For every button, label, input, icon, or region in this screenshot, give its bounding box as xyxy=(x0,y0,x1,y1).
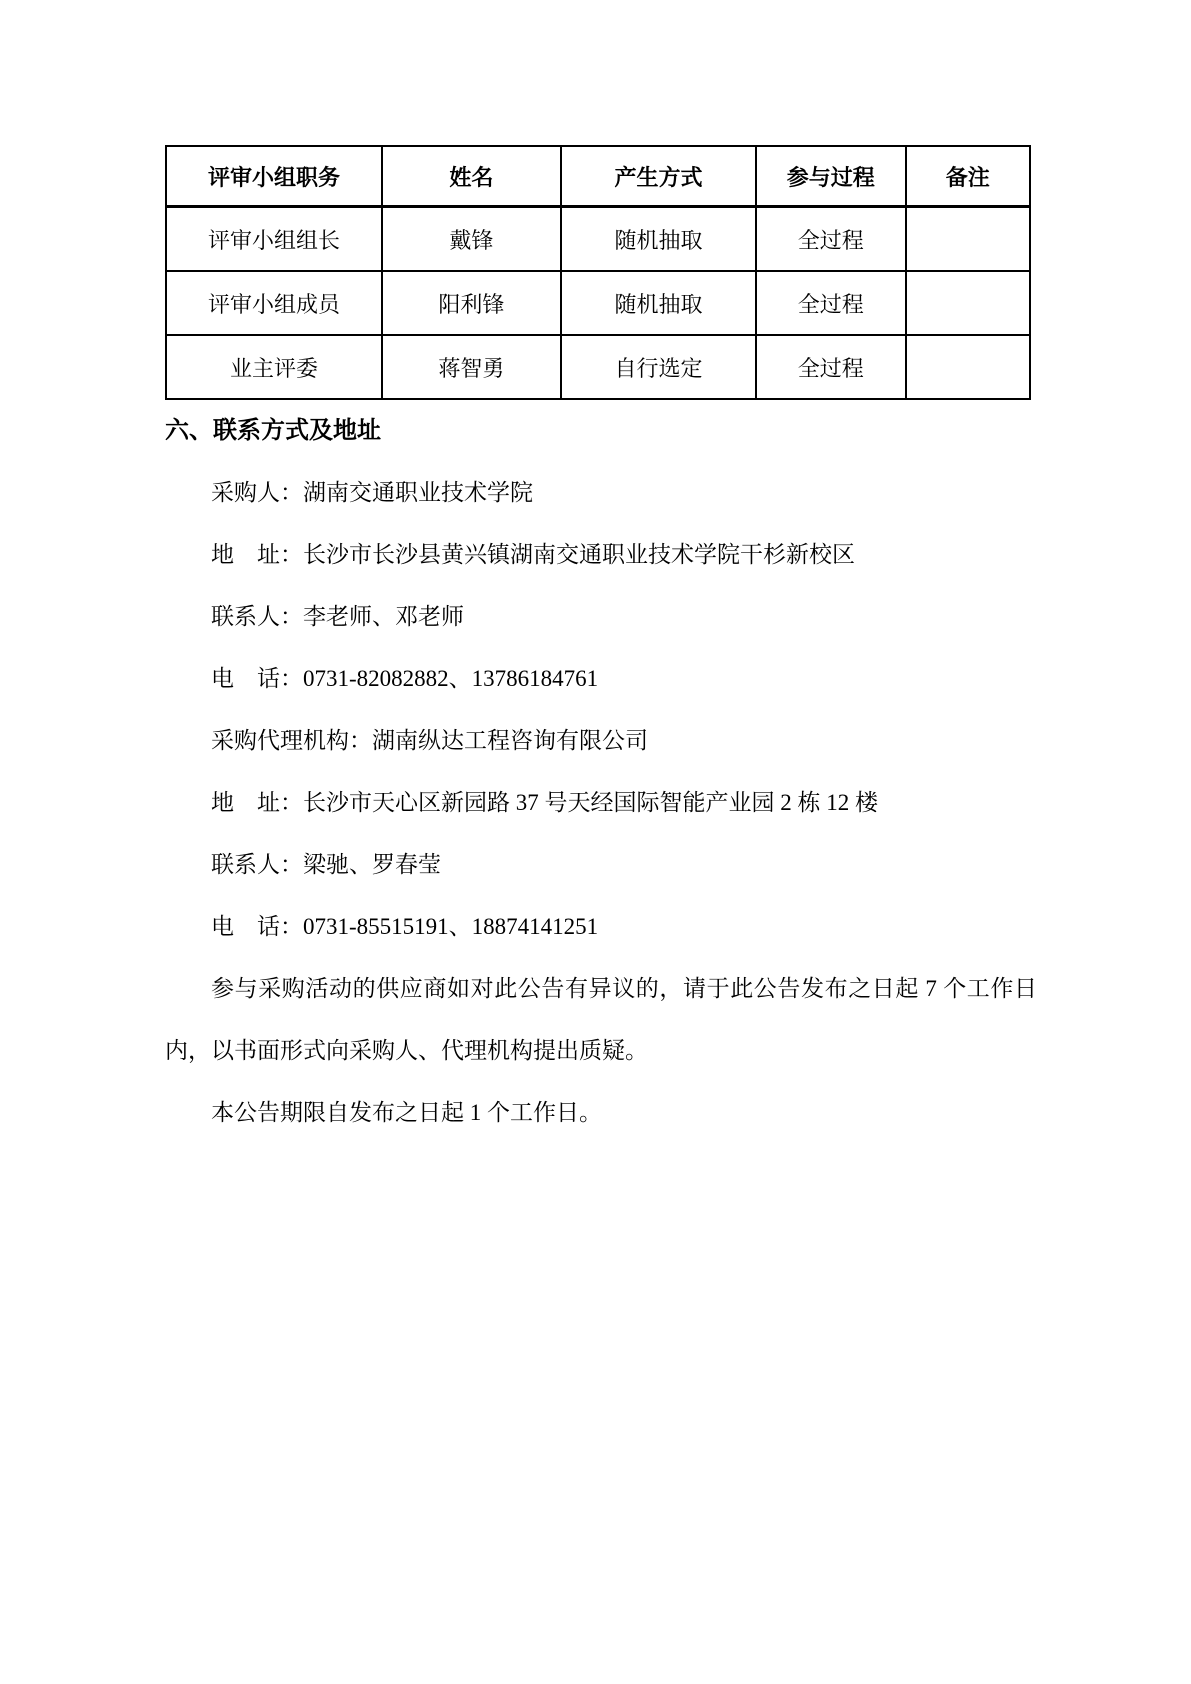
cell-role: 评审小组成员 xyxy=(166,271,382,335)
notice-period-paragraph: 本公告期限自发布之日起 1 个工作日。 xyxy=(165,1082,1037,1144)
review-panel-table: 评审小组职务 姓名 产生方式 参与过程 备注 评审小组组长 戴锋 随机抽取 全过… xyxy=(165,145,1031,400)
header-cell-scope: 参与过程 xyxy=(756,146,905,207)
cell-name: 阳利锋 xyxy=(382,271,561,335)
purchaser-phone-line: 电 话：0731-82082882、13786184761 xyxy=(165,648,1037,710)
cell-note xyxy=(906,207,1030,272)
cell-note xyxy=(906,335,1030,399)
document-page: 评审小组职务 姓名 产生方式 参与过程 备注 评审小组组长 戴锋 随机抽取 全过… xyxy=(0,0,1191,1684)
cell-role: 业主评委 xyxy=(166,335,382,399)
cell-scope: 全过程 xyxy=(756,207,905,272)
purchaser-contact-line: 联系人：李老师、邓老师 xyxy=(165,586,1037,648)
cell-name: 蒋智勇 xyxy=(382,335,561,399)
table-row: 评审小组成员 阳利锋 随机抽取 全过程 xyxy=(166,271,1030,335)
cell-scope: 全过程 xyxy=(756,271,905,335)
cell-method: 随机抽取 xyxy=(561,207,756,272)
cell-role: 评审小组组长 xyxy=(166,207,382,272)
table-row: 评审小组组长 戴锋 随机抽取 全过程 xyxy=(166,207,1030,272)
purchaser-line: 采购人：湖南交通职业技术学院 xyxy=(165,462,1037,524)
table-header-row: 评审小组职务 姓名 产生方式 参与过程 备注 xyxy=(166,146,1030,207)
cell-name: 戴锋 xyxy=(382,207,561,272)
agency-line: 采购代理机构：湖南纵达工程咨询有限公司 xyxy=(165,710,1037,772)
document-content: 评审小组职务 姓名 产生方式 参与过程 备注 评审小组组长 戴锋 随机抽取 全过… xyxy=(165,145,1037,1144)
purchaser-address-line: 地 址：长沙市长沙县黄兴镇湖南交通职业技术学院干杉新校区 xyxy=(165,524,1037,586)
cell-scope: 全过程 xyxy=(756,335,905,399)
header-cell-method: 产生方式 xyxy=(561,146,756,207)
header-cell-name: 姓名 xyxy=(382,146,561,207)
cell-note xyxy=(906,271,1030,335)
objection-paragraph: 参与采购活动的供应商如对此公告有异议的，请于此公告发布之日起 7 个工作日内，以… xyxy=(165,958,1037,1082)
agency-address-line: 地 址：长沙市天心区新园路 37 号天经国际智能产业园 2 栋 12 楼 xyxy=(165,772,1037,834)
section-heading: 六、联系方式及地址 xyxy=(165,400,1037,462)
header-cell-note: 备注 xyxy=(906,146,1030,207)
cell-method: 随机抽取 xyxy=(561,271,756,335)
agency-contact-line: 联系人：梁驰、罗春莹 xyxy=(165,834,1037,896)
header-cell-role: 评审小组职务 xyxy=(166,146,382,207)
agency-phone-line: 电 话：0731-85515191、18874141251 xyxy=(165,896,1037,958)
cell-method: 自行选定 xyxy=(561,335,756,399)
table-row: 业主评委 蒋智勇 自行选定 全过程 xyxy=(166,335,1030,399)
